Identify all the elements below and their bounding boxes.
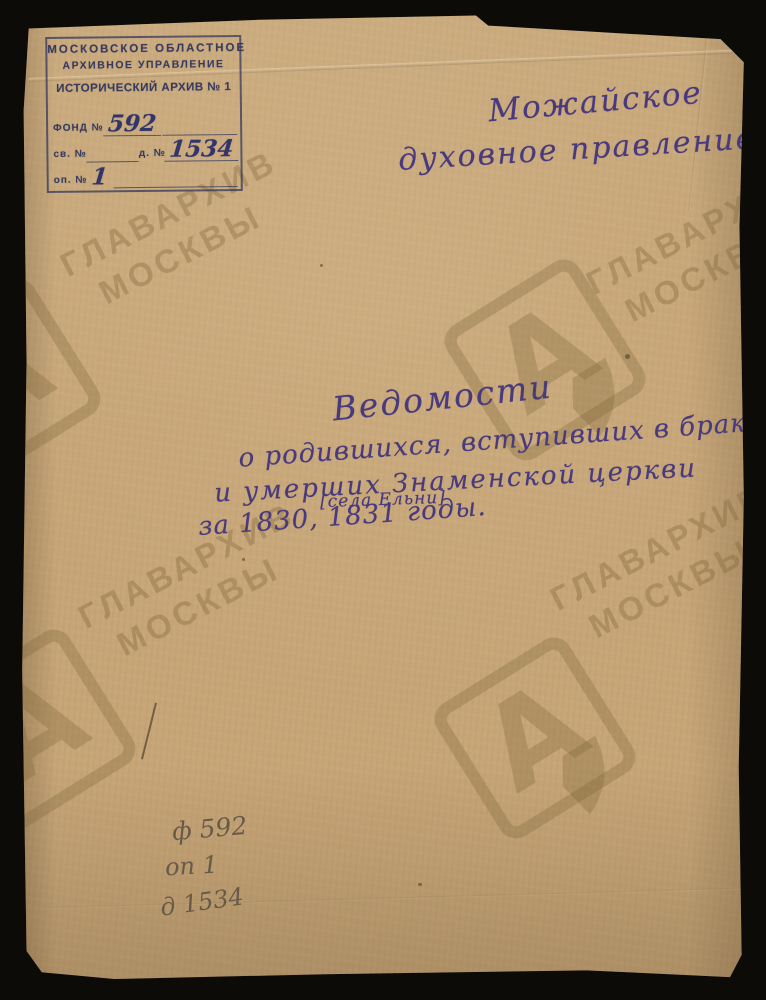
opis-underline <box>114 185 238 188</box>
footer-opis-number: оп 1 <box>164 851 218 882</box>
archive-emblem-icon: А <box>0 275 105 485</box>
footer-delo-number: д 1534 <box>158 882 245 921</box>
paper-stain <box>625 354 630 359</box>
archive-stamp: МОСКОВСКОЕ ОБЛАСТНОЕ АРХИВНОЕ УПРАВЛЕНИЕ… <box>45 35 243 193</box>
opis-value: 1 <box>87 168 115 189</box>
footer-fond-number: ф 592 <box>171 811 248 846</box>
stamp-archive-line: ИСТОРИЧЕСКИЙ АРХИВ № 1 <box>48 81 240 95</box>
paper-stain <box>242 558 245 561</box>
glavarkhiv-watermark-logo: А <box>430 633 640 843</box>
archive-emblem-icon: А <box>430 633 640 843</box>
header-inscription-line1: Можайское <box>487 75 704 130</box>
stamp-opis-row: оп. № 1 <box>53 159 237 189</box>
header-inscription-line2: духовное правление <box>397 121 756 178</box>
glavarkhiv-watermark-logo-partial: А <box>0 625 140 835</box>
paper-stain <box>418 883 422 886</box>
paper-crease-bottom <box>50 888 740 909</box>
paper-stain <box>320 264 323 267</box>
glavarkhiv-watermark-logo-partial: А <box>0 275 105 485</box>
stamp-org-line2: АРХИВНОЕ УПРАВЛЕНИЕ <box>47 58 239 72</box>
paper-scratch <box>141 703 156 760</box>
paper-sheet: ГЛАВАРХИВ МОСКВЫ ГЛАВАРХИВ МОСКВЫ ГЛАВАР… <box>20 14 746 980</box>
stamp-org-line1: МОСКОВСКОЕ ОБЛАСТНОЕ <box>47 42 239 56</box>
opis-label: оп. № <box>54 175 88 189</box>
glavarkhiv-watermark-text: ГЛАВАРХИВ МОСКВЫ <box>543 478 766 658</box>
archive-emblem-icon: А <box>0 625 140 835</box>
